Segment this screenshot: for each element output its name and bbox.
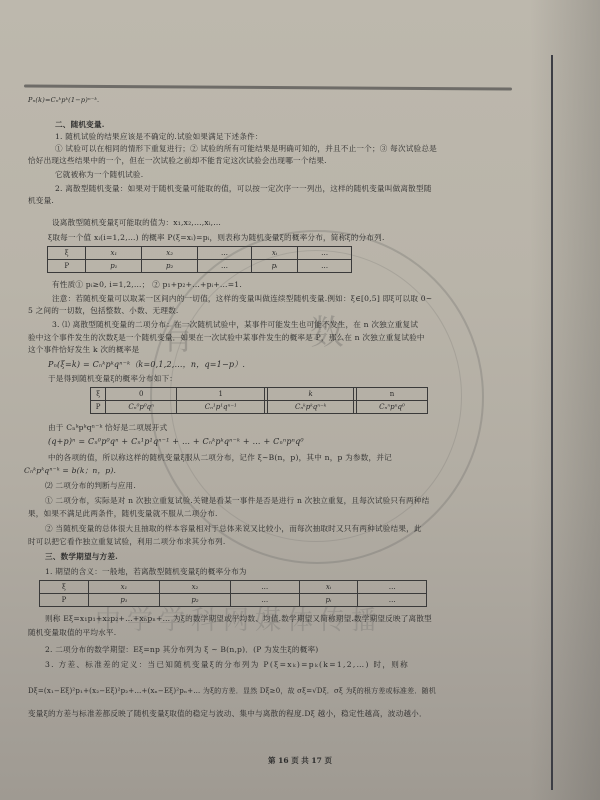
document-page: Pₙ(k)=Cₙᵏpᵏ(1−p)ⁿ⁻ᵏ. 二、随机变量. 1. 随机试验的结果应… (0, 0, 560, 800)
text-line: 由于 Cₙᵏpᵏqⁿ⁻ᵏ 恰好是二项展开式 (48, 423, 167, 433)
table-cell: … (358, 594, 427, 607)
text-line: 1. 期望的含义：一般地，若离散型随机变量ξ的概率分布为 (45, 567, 247, 577)
table-cell: x₁ (88, 581, 159, 594)
text-line: 时可以把它看作独立重复试验，利用二项分布求其分布列. (28, 537, 225, 547)
text-line: 2. 离散型随机变量：如果对于随机变量可能取的值，可以按一定次序一一列出，这样的… (55, 184, 432, 194)
table-cell: … (198, 260, 252, 273)
text-line: 5 之间的一切数，包括整数、小数、无理数. (28, 306, 179, 316)
table-cell: Cₙ¹p¹qⁿ⁻¹ (177, 401, 265, 414)
binomial-distribution-table: ξ 0 1 k n P Cₙ⁰p⁰qⁿ Cₙ¹p¹qⁿ⁻¹ Cₙᵏpᵏqⁿ⁻ᵏ … (90, 387, 428, 414)
text-line: 随机变量取值的平均水平. (28, 628, 116, 638)
table-cell: k (268, 388, 354, 401)
text-line: 1. 随机试验的结果应该是不确定的.试验如果满足下述条件： (55, 132, 263, 142)
text-line: 恰好出现这些结果中的一个，但在一次试验之前却不能肯定这次试验会出现哪一个结果. (28, 156, 327, 166)
text-line: 注意：若随机变量可以取某一区间内的一切值，这样的变量叫做连续型随机变量.例如：ξ… (52, 294, 432, 304)
text-line: 它就被称为一个随机试验. (55, 170, 143, 180)
table-cell: ξ (48, 247, 86, 260)
text-line: 验中这个事件发生的次数ξ是一个随机变量．如果在一次试验中某事件发生的概率是 P，… (28, 333, 425, 343)
table-cell: ξ (40, 581, 89, 594)
table-cell: n (356, 388, 427, 401)
distribution-table-1: ξ x₁ x₂ … xᵢ … P p₁ p₂ … pᵢ … (47, 246, 352, 273)
text-line: ① 试验可以在相同的情形下重复进行；② 试验的所有可能结果是明确可知的，并且不止… (55, 144, 437, 154)
table-cell: x₂ (142, 247, 198, 260)
text-line: 2. 二项分布的数学期望：Eξ=np 其分布列为 ξ ~ B(n,p)．(P 为… (45, 645, 318, 655)
text-line: 则称 Eξ=x₁p₁+x₂p₂+…+xₙpₙ+… 为ξ的数学期望或平均数、均值.… (45, 614, 432, 624)
table-cell: … (198, 247, 252, 260)
text-line: 3. 方差、标准差的定义：当已知随机变量ξ的分布列为 P(ξ=xₖ)=pₖ(k=… (45, 660, 409, 670)
table-cell: p₁ (88, 594, 159, 607)
text-line: 有性质① pᵢ≥0, i=1,2,…； ② p₁+p₂+…+pᵢ+…=1. (52, 280, 242, 290)
table-cell: P (48, 260, 86, 273)
formula-binomial: Pₙ(ξ=k) = Cₙᵏpᵏqⁿ⁻ᵏ（k=0,1,2,…，n，q=1−p）. (48, 360, 245, 370)
text-line: ① 二项分布，实际是对 n 次独立重复试验.关键是看某一事件是否是进行 n 次独… (45, 496, 429, 506)
text-line: 3. ⑴ 离散型随机变量的二项分布：在一次随机试验中，某事件可能发生也可能不发生… (52, 320, 418, 330)
text-line: 机变量. (28, 196, 54, 206)
page-footer: 第 16 页 共 17 页 (0, 755, 600, 766)
table-cell: ξ (91, 388, 106, 401)
text-line: 设离散型随机变量ξ可能取的值为：x₁,x₂,…,xᵢ,… (52, 218, 221, 228)
formula-top: Pₙ(k)=Cₙᵏpᵏ(1−p)ⁿ⁻ᵏ. (28, 95, 99, 105)
text-line: 这个事件恰好发生 k 次的概率是 (28, 345, 139, 355)
text-line: ξ取每一个值 xᵢ(i=1,2,…) 的概率 P(ξ=xᵢ)=pᵢ，则表称为随机… (48, 233, 385, 243)
text-line: Cₙᵏpᵏqⁿ⁻ᵏ = b(k；n，p). (24, 466, 116, 476)
table-cell: … (298, 260, 352, 273)
table-cell: x₂ (159, 581, 230, 594)
text-line: 变量ξ的方差与标准差都反映了随机变量ξ取值的稳定与波动、集中与离散的程度.Dξ … (28, 709, 427, 719)
formula-expansion: (q+p)ⁿ = Cₙ⁰p⁰qⁿ + Cₙ¹p¹qⁿ⁻¹ + … + Cₙᵏpᵏ… (48, 437, 304, 447)
section-heading: 二、随机变量. (55, 120, 105, 130)
text-line: ⑵ 二项分布的判断与应用. (45, 481, 136, 491)
table-cell: pᵢ (251, 260, 297, 273)
table-cell: p₁ (86, 260, 142, 273)
table-cell: p₂ (159, 594, 230, 607)
table-cell: … (298, 247, 352, 260)
table-cell: … (358, 581, 427, 594)
table-cell: xᵢ (251, 247, 297, 260)
table-cell: … (231, 581, 299, 594)
table-cell: 1 (177, 388, 265, 401)
table-cell: 0 (106, 388, 177, 401)
table-cell: p₂ (142, 260, 198, 273)
table-cell: xᵢ (299, 581, 358, 594)
table-cell: Cₙⁿpⁿq⁰ (356, 401, 427, 414)
text-line: 果，如果不满足此两条件，随机变量就不服从二项分布. (28, 509, 218, 519)
table-cell: P (91, 401, 106, 414)
distribution-table-2: ξ x₁ x₂ … xᵢ … P p₁ p₂ … pᵢ … (39, 580, 427, 607)
table-cell: P (40, 594, 89, 607)
table-cell: Cₙ⁰p⁰qⁿ (106, 401, 177, 414)
table-cell: pᵢ (299, 594, 358, 607)
table-cell: Cₙᵏpᵏqⁿ⁻ᵏ (268, 401, 354, 414)
table-cell: x₁ (86, 247, 142, 260)
text-line: 于是得到随机变量ξ的概率分布如下： (48, 374, 177, 384)
section-heading: 三、数学期望与方差. (45, 552, 118, 562)
table-cell: … (231, 594, 299, 607)
text-line: Dξ=(x₁−Eξ)²p₁+(x₂−Eξ)²p₂+…+(xₙ−Eξ)²pₙ+… … (28, 686, 436, 696)
text-line: 中的各项的值，所以称这样的随机变量ξ服从二项分布，记作 ξ~B(n，p)，其中 … (48, 453, 392, 463)
text-line: ② 当随机变量的总体很大且抽取的样本容量相对于总体来说又比较小，而每次抽取时又只… (45, 524, 422, 534)
